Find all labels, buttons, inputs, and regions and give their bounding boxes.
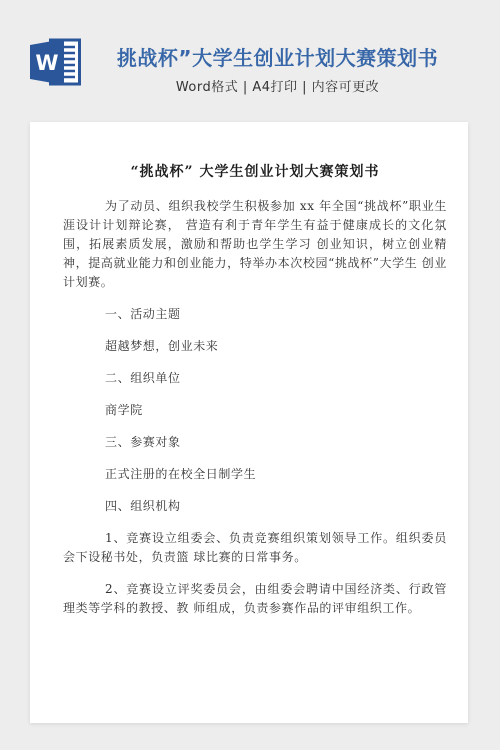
paragraph-entrants: 正式注册的在校全日制学生 — [63, 465, 447, 484]
paragraph-item-2: 2、竞赛设立评奖委员会，由组委会聘请中国经济类、行政管理类等学科的教授、教 师组… — [63, 580, 447, 618]
header: W 挑战杯”大学生创业计划大赛策划书 Word格式 | A4打印 | 内容可更改 — [0, 0, 500, 122]
document-preview-page: “挑战杯” 大学生创业计划大赛策划书 为了动员、组织我校学生积极参加 xx 年全… — [30, 122, 468, 723]
page-title: 挑战杯”大学生创业计划大赛策划书 — [95, 44, 460, 72]
page-subtitle: Word格式 | A4打印 | 内容可更改 — [95, 78, 460, 97]
paragraph-heading-3: 三、参赛对象 — [63, 433, 447, 452]
paragraph-heading-2: 二、组织单位 — [63, 369, 447, 388]
paragraph-theme: 超越梦想，创业未来 — [63, 337, 447, 356]
paragraph-heading-4: 四、组织机构 — [63, 497, 447, 516]
paragraph-heading-1: 一、活动主题 — [63, 305, 447, 324]
word-icon: W — [30, 38, 82, 86]
paragraph-item-1: 1、竞赛设立组委会、负责竞赛组织策划领导工作。组织委员会下设秘书处，负责篮 球比… — [63, 529, 447, 567]
document-body: 为了动员、组织我校学生积极参加 xx 年全国“挑战杯”职业生涯设计计划辩论赛， … — [63, 197, 447, 618]
page: W 挑战杯”大学生创业计划大赛策划书 Word格式 | A4打印 | 内容可更改… — [0, 0, 500, 750]
header-text: 挑战杯”大学生创业计划大赛策划书 Word格式 | A4打印 | 内容可更改 — [95, 44, 460, 97]
paragraph-intro: 为了动员、组织我校学生积极参加 xx 年全国“挑战杯”职业生涯设计计划辩论赛， … — [63, 197, 447, 292]
paragraph-organizer: 商学院 — [63, 401, 447, 420]
document-title: “挑战杯” 大学生创业计划大赛策划书 — [63, 164, 447, 180]
svg-text:W: W — [35, 51, 58, 75]
